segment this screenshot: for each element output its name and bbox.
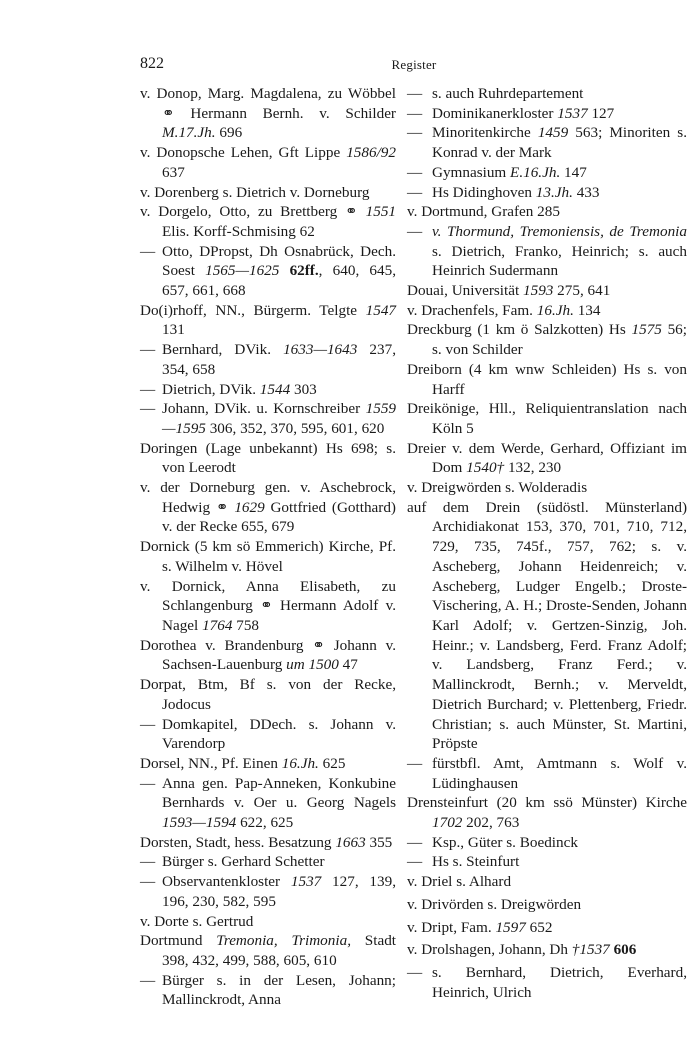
- entry-text: v. Driel s. Alhard: [407, 873, 511, 890]
- entry-text: Bürger s. Gerhard Schetter: [162, 853, 325, 870]
- entry-text: Dreier v. dem Werde, Gerhard, Offiziant …: [407, 440, 687, 477]
- entry-text: Anna gen. Pap-Anneken, Konkubine Bernhar…: [162, 775, 396, 831]
- entry-text: Dorsel, NN., Pf. Einen 16.Jh. 625: [140, 755, 345, 772]
- entry-text: Doringen (Lage unbekannt) Hs 698; s. von…: [140, 440, 396, 477]
- index-subentry: —Bürger s. Gerhard Schetter: [140, 852, 396, 872]
- index-column-left: v. Donop, Marg. Magdalena, zu Wöbbel ⚭ H…: [140, 84, 396, 1010]
- index-entry: v. Donop, Marg. Magdalena, zu Wöbbel ⚭ H…: [140, 84, 396, 143]
- subentry-dash: —: [140, 971, 155, 991]
- index-entry: Dorpat, Btm, Bf s. von der Recke, Jodocu…: [140, 675, 396, 714]
- entry-text: Hs s. Steinfurt: [432, 853, 519, 870]
- index-subentry: —Otto, DPropst, Dh Osnabrück, Dech. Soes…: [140, 242, 396, 301]
- index-subentry: —Bürger s. in der Lesen, Johann; Mallinc…: [140, 971, 396, 1010]
- running-title: Register: [140, 57, 688, 73]
- index-subentry: —s. Bernhard, Dietrich, Everhard, Heinri…: [407, 963, 687, 1002]
- entry-text: v. Drachenfels, Fam. 16.Jh. 134: [407, 302, 600, 319]
- index-entry: v. Dorgelo, Otto, zu Brettberg ⚭ 1551 El…: [140, 202, 396, 241]
- entry-text: Minoritenkirche 1459 563; Minoriten s. K…: [432, 124, 687, 161]
- entry-text: v. Dortmund, Grafen 285: [407, 203, 560, 220]
- index-entry: Dornick (5 km sö Emmerich) Kirche, Pf. s…: [140, 537, 396, 576]
- entry-text: Observantenkloster 1537 127, 139, 196, 2…: [162, 873, 396, 910]
- index-entry: v. Drachenfels, Fam. 16.Jh. 134: [407, 301, 687, 321]
- entry-text: s. auch Ruhrdepartement: [432, 85, 583, 102]
- entry-text: Hs Didinghoven 13.Jh. 433: [432, 184, 599, 201]
- subentry-dash: —: [407, 222, 422, 242]
- entry-text: v. der Dorneburg gen. v. Aschebrock, Hed…: [140, 479, 396, 535]
- subentry-dash: —: [407, 963, 422, 983]
- entry-text: v. Dorenberg s. Dietrich v. Dorneburg: [140, 184, 369, 201]
- index-subentry: —Gymnasium E.16.Jh. 147: [407, 163, 687, 183]
- subentry-dash: —: [407, 183, 422, 203]
- entry-text: v. Thormund, Tremoniensis, de Tremonia s…: [432, 223, 687, 279]
- index-subentry: —Dominikanerkloster 1537 127: [407, 104, 687, 124]
- entry-text: Johann, DVik. u. Kornschreiber 1559—1595…: [162, 400, 396, 437]
- entry-text: Dreiborn (4 km wnw Schleiden) Hs s. von …: [407, 361, 687, 398]
- entry-text: v. Donopsche Lehen, Gft Lippe 1586/92 63…: [140, 144, 396, 181]
- entry-text: Ksp., Güter s. Boedinck: [432, 834, 578, 851]
- index-entry: v. Dornick, Anna Elisabeth, zu Schlangen…: [140, 577, 396, 636]
- subentry-dash: —: [140, 715, 155, 735]
- entry-text: Drensteinfurt (20 km ssö Münster) Kirche…: [407, 794, 687, 831]
- index-entry: v. Dorenberg s. Dietrich v. Dorneburg: [140, 183, 396, 203]
- index-subentry: —Domkapitel, DDech. s. Johann v. Varendo…: [140, 715, 396, 754]
- subentry-dash: —: [407, 123, 422, 143]
- entry-text: v. Dript, Fam. 1597 652: [407, 919, 552, 936]
- index-entry: v. Donopsche Lehen, Gft Lippe 1586/92 63…: [140, 143, 396, 182]
- entry-text: Dorothea v. Brandenburg ⚭ Johann v. Sach…: [140, 637, 396, 674]
- entry-text: Dorsten, Stadt, hess. Besatzung 1663 355: [140, 834, 392, 851]
- index-entry: Drensteinfurt (20 km ssö Münster) Kirche…: [407, 793, 687, 832]
- index-entry: v. Drolshagen, Johann, Dh †1537 606: [407, 940, 687, 960]
- index-subentry: —Hs s. Steinfurt: [407, 852, 687, 872]
- entry-text: Dortmund Tremonia, Trimonia, Stadt 398, …: [140, 932, 396, 969]
- entry-text: Gymnasium E.16.Jh. 147: [432, 164, 587, 181]
- subentry-dash: —: [407, 852, 422, 872]
- index-entry: Dorsel, NN., Pf. Einen 16.Jh. 625: [140, 754, 396, 774]
- entry-text: v. Dornick, Anna Elisabeth, zu Schlangen…: [140, 578, 396, 634]
- subentry-dash: —: [140, 242, 155, 262]
- index-entry: v. Dorte s. Gertrud: [140, 912, 396, 932]
- entry-text: auf dem Drein (südöstl. Münsterland) Arc…: [407, 499, 687, 752]
- entry-text: Dornick (5 km sö Emmerich) Kirche, Pf. s…: [140, 538, 396, 575]
- subentry-dash: —: [140, 380, 155, 400]
- entry-text: fürstbfl. Amt, Amtmann s. Wolf v. Lüding…: [432, 755, 687, 792]
- entry-text: v. Donop, Marg. Magdalena, zu Wöbbel ⚭ H…: [140, 85, 396, 141]
- subentry-dash: —: [140, 340, 155, 360]
- entry-text: v. Dorgelo, Otto, zu Brettberg ⚭ 1551 El…: [140, 203, 396, 240]
- entry-text: Dorpat, Btm, Bf s. von der Recke, Jodocu…: [140, 676, 396, 713]
- index-subentry: —Ksp., Güter s. Boedinck: [407, 833, 687, 853]
- index-subentry: —Bernhard, DVik. 1633—1643 237, 354, 658: [140, 340, 396, 379]
- subentry-dash: —: [140, 399, 155, 419]
- index-entry: Dorsten, Stadt, hess. Besatzung 1663 355: [140, 833, 396, 853]
- entry-text: Dreikönige, Hll., Reliquientranslation n…: [407, 400, 687, 437]
- subentry-dash: —: [140, 852, 155, 872]
- entry-text: v. Dreigwörden s. Wolderadis: [407, 479, 587, 496]
- entry-text: Domkapitel, DDech. s. Johann v. Varendor…: [162, 716, 396, 753]
- index-entry: Dreikönige, Hll., Reliquientranslation n…: [407, 399, 687, 438]
- entry-text: Dreckburg (1 km ö Salzkotten) Hs 1575 56…: [407, 321, 687, 358]
- subentry-dash: —: [140, 774, 155, 794]
- subentry-dash: —: [140, 872, 155, 892]
- index-column-right: —s. auch Ruhrdepartement—Dominikanerklos…: [407, 84, 687, 1002]
- subentry-dash: —: [407, 163, 422, 183]
- subentry-dash: —: [407, 84, 422, 104]
- index-subentry: —s. auch Ruhrdepartement: [407, 84, 687, 104]
- index-entry: v. Dreigwörden s. Wolderadis: [407, 478, 687, 498]
- index-entry: v. Dript, Fam. 1597 652: [407, 918, 687, 938]
- index-entry: Dorothea v. Brandenburg ⚭ Johann v. Sach…: [140, 636, 396, 675]
- index-subentry: —Johann, DVik. u. Kornschreiber 1559—159…: [140, 399, 396, 438]
- index-subentry: —v. Thormund, Tremoniensis, de Tremonia …: [407, 222, 687, 281]
- index-subentry: —Minoritenkirche 1459 563; Minoriten s. …: [407, 123, 687, 162]
- index-entry: Douai, Universität 1593 275, 641: [407, 281, 687, 301]
- index-entry: v. Dortmund, Grafen 285: [407, 202, 687, 222]
- index-subentry: —Hs Didinghoven 13.Jh. 433: [407, 183, 687, 203]
- entry-text: Bürger s. in der Lesen, Johann; Mallinck…: [162, 972, 396, 1009]
- subentry-dash: —: [407, 104, 422, 124]
- index-entry: v. der Dorneburg gen. v. Aschebrock, Hed…: [140, 478, 396, 537]
- index-entry: Dreiborn (4 km wnw Schleiden) Hs s. von …: [407, 360, 687, 399]
- entry-text: Do(i)rhoff, NN., Bürgerm. Telgte 1547 13…: [140, 302, 396, 339]
- index-entry: v. Driel s. Alhard: [407, 872, 687, 892]
- index-entry: v. Drivörden s. Dreigwörden: [407, 895, 687, 915]
- index-entry: Dreckburg (1 km ö Salzkotten) Hs 1575 56…: [407, 320, 687, 359]
- entry-text: Otto, DPropst, Dh Osnabrück, Dech. Soest…: [162, 243, 396, 299]
- entry-text: s. Bernhard, Dietrich, Everhard, Heinric…: [432, 964, 687, 1001]
- index-entry: auf dem Drein (südöstl. Münsterland) Arc…: [407, 498, 687, 754]
- entry-text: v. Dorte s. Gertrud: [140, 913, 253, 930]
- subentry-dash: —: [407, 833, 422, 853]
- index-entry: Dreier v. dem Werde, Gerhard, Offiziant …: [407, 439, 687, 478]
- entry-text: v. Drivörden s. Dreigwörden: [407, 896, 581, 913]
- entry-text: Bernhard, DVik. 1633—1643 237, 354, 658: [162, 341, 396, 378]
- entry-text: Dominikanerkloster 1537 127: [432, 105, 614, 122]
- entry-text: v. Drolshagen, Johann, Dh †1537 606: [407, 941, 636, 958]
- entry-text: Dietrich, DVik. 1544 303: [162, 381, 317, 398]
- index-subentry: —Dietrich, DVik. 1544 303: [140, 380, 396, 400]
- index-subentry: —Observantenkloster 1537 127, 139, 196, …: [140, 872, 396, 911]
- index-subentry: —Anna gen. Pap-Anneken, Konkubine Bernha…: [140, 774, 396, 833]
- index-subentry: —fürstbfl. Amt, Amtmann s. Wolf v. Lüdin…: [407, 754, 687, 793]
- index-entry: Do(i)rhoff, NN., Bürgerm. Telgte 1547 13…: [140, 301, 396, 340]
- index-entry: Dortmund Tremonia, Trimonia, Stadt 398, …: [140, 931, 396, 970]
- index-entry: Doringen (Lage unbekannt) Hs 698; s. von…: [140, 439, 396, 478]
- subentry-dash: —: [407, 754, 422, 774]
- entry-text: Douai, Universität 1593 275, 641: [407, 282, 610, 299]
- page-header: 822 Register: [140, 55, 688, 75]
